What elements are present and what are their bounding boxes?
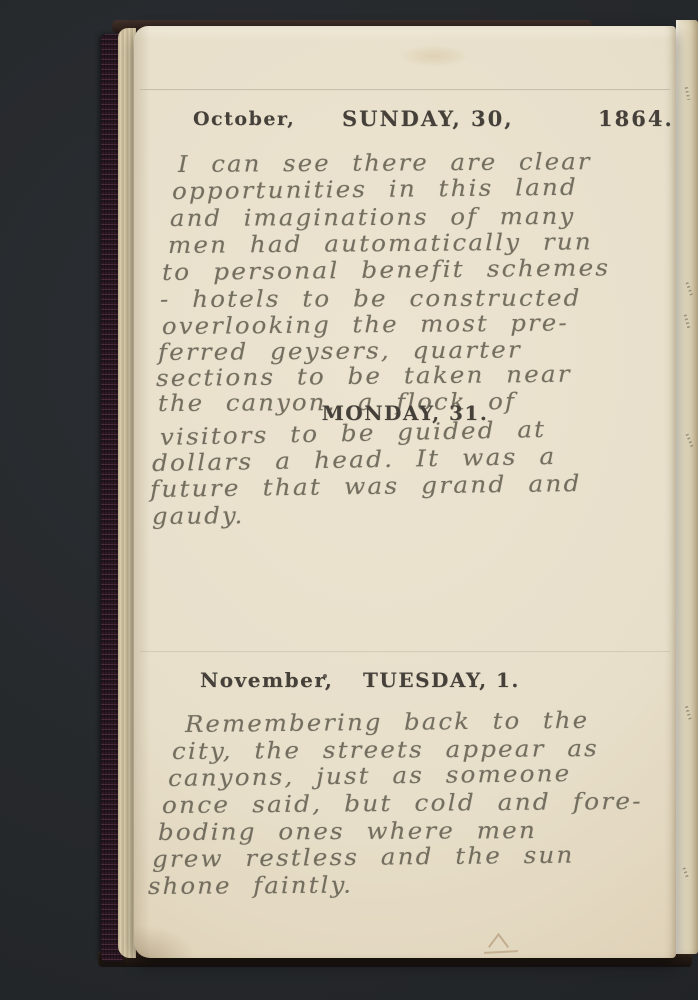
handwriting-line: canyons, just as someone bbox=[168, 761, 572, 792]
handwriting-line: shone faintly. bbox=[148, 873, 353, 900]
handwriting-line: Remembering back to the bbox=[185, 708, 589, 738]
handwriting-line: overlooking the most pre- bbox=[162, 310, 569, 340]
handwriting-line: sections to be taken near bbox=[156, 362, 572, 392]
handwriting-line: once said, but cold and fore- bbox=[162, 789, 643, 819]
handwriting-line: I can see there are clear bbox=[178, 149, 592, 178]
ink-dot bbox=[323, 674, 327, 678]
faint-writing-mark bbox=[685, 706, 692, 721]
section-crease-line bbox=[140, 651, 670, 653]
diary-photo: October, SUNDAY, 30, 1864. I can see the… bbox=[0, 0, 698, 1000]
day-label: SUNDAY, 30, bbox=[342, 106, 514, 131]
handwriting-line: grew restless and the sun bbox=[152, 843, 575, 873]
faint-writing-mark bbox=[685, 87, 691, 100]
year-label: 1864. bbox=[598, 106, 674, 131]
handwriting-line: ferred geysers, quarter bbox=[158, 337, 522, 366]
page-crease-line bbox=[140, 89, 670, 91]
handwriting-line: men had automatically run bbox=[168, 229, 593, 259]
faint-writing-mark bbox=[684, 314, 691, 328]
faint-writing-mark bbox=[686, 434, 695, 450]
faint-writing-mark bbox=[686, 282, 694, 297]
day-label: TUESDAY, 1. bbox=[363, 668, 520, 692]
handwriting-line: - hotels to be constructed bbox=[160, 286, 582, 313]
handwriting-line: opportunities in this land bbox=[172, 175, 578, 205]
month-label: November, bbox=[200, 668, 333, 692]
handwriting-line: and imaginations of many bbox=[170, 204, 575, 232]
handwriting-line: future that was grand and bbox=[150, 471, 582, 503]
adjacent-page-edge bbox=[676, 20, 698, 954]
faint-writing-mark bbox=[683, 867, 690, 879]
month-label: October, bbox=[193, 108, 295, 130]
handwriting-line: boding ones where men bbox=[158, 818, 537, 846]
handwriting-line: to personal benefit schemes bbox=[162, 255, 611, 286]
handwriting-line: gaudy. bbox=[152, 503, 245, 530]
notebook-page: October, SUNDAY, 30, 1864. I can see the… bbox=[134, 26, 676, 958]
pencil-caret-mark bbox=[488, 933, 509, 960]
